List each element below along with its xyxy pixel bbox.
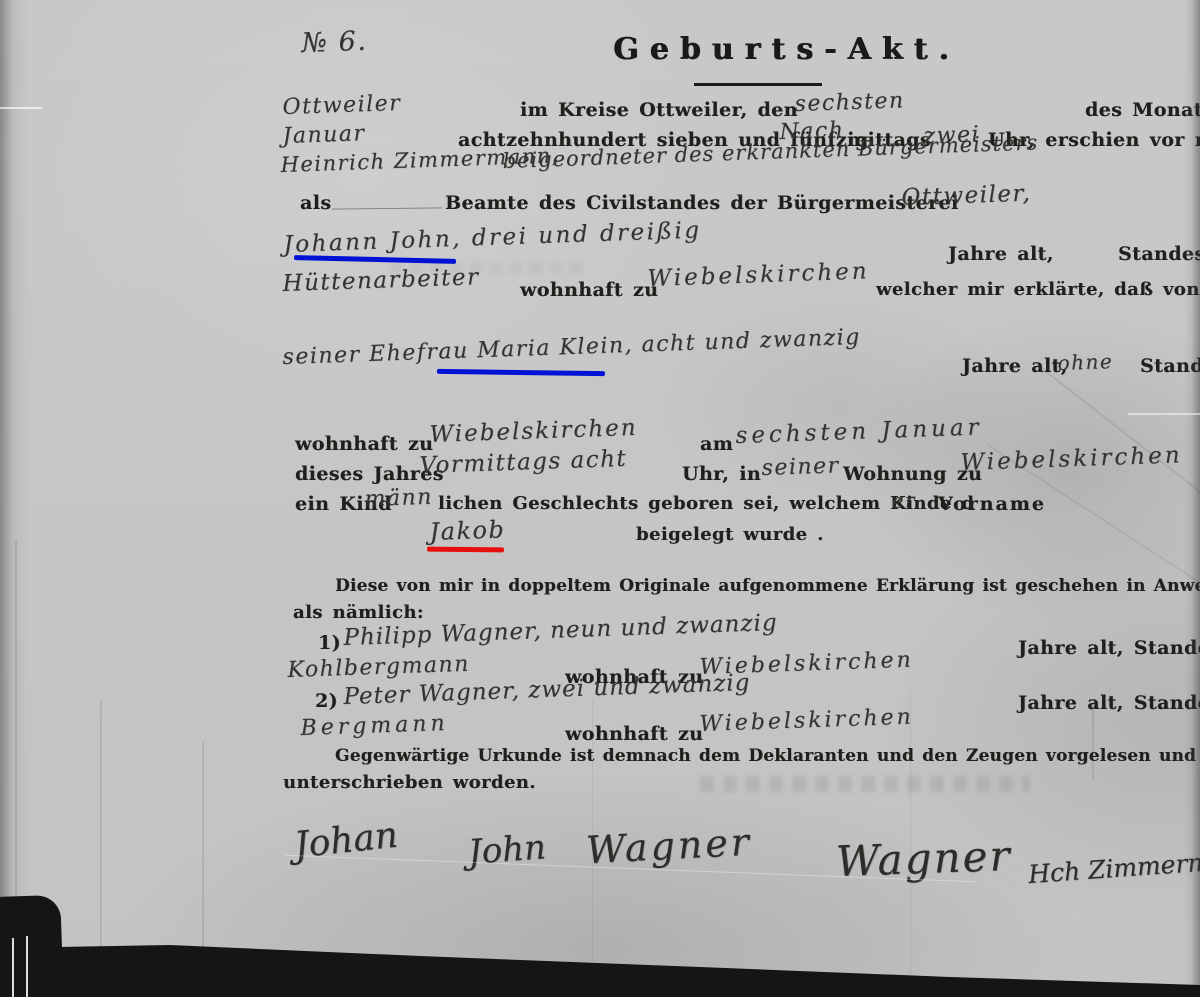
printed-des-monats: des Monats [1085, 99, 1200, 121]
printed-jahre-alt-2: Jahre alt, [962, 355, 1068, 377]
paper-crease-v5 [910, 690, 911, 975]
hand-declarant-residence: Wiebelskirchen [647, 258, 870, 292]
hand-whose: seiner [761, 453, 840, 481]
hand-article-er: er [891, 488, 916, 513]
hand-mother-name-age: seiner Ehefrau Maria Klein, acht und zwa… [282, 325, 861, 370]
printed-jahre-alt-1: Jahre alt, [948, 243, 1054, 265]
signature-zimmermann: Hch Zimmermann [1027, 844, 1200, 889]
hand-municipality: Ottweiler, [901, 180, 1032, 211]
paper-crease-diag-1 [1036, 363, 1200, 518]
paper-crease-v4 [592, 700, 593, 965]
paper-crease-v1 [15, 540, 17, 950]
printed-wohnhaft-1: wohnhaft zu [520, 279, 658, 301]
record-number: № 6. [301, 26, 368, 59]
printed-beamte: Beamte des Civilstandes der Bürgermeiste… [445, 192, 959, 214]
printed-am: am [700, 433, 733, 455]
hand-witness2-occupation: Bergmann [300, 711, 449, 741]
signature-john: John [467, 827, 548, 872]
hand-declarant-name-age: Johann John, drei und dreißig [283, 217, 702, 258]
hand-birth-residence: Wiebelskirchen [429, 415, 638, 448]
document-title: Geburts-Akt. [613, 32, 960, 67]
als-filler-line [332, 207, 442, 209]
printed-vorname: Vorname [938, 493, 1046, 515]
printed-wohnhaft-w2: wohnhaft zu [565, 723, 703, 745]
scan-right-edge-shadow [1184, 0, 1200, 997]
paper-crease-v2 [100, 700, 102, 948]
printed-im-kreise: im Kreise Ottweiler, den [520, 99, 798, 121]
ink-bleed-through-1 [700, 776, 1030, 792]
ink-bleed-through-2 [390, 262, 590, 274]
margin-month-hand: Januar [282, 121, 366, 149]
margin-place-hand: Ottweiler [282, 91, 401, 120]
scratch-top-left [0, 107, 42, 109]
blue-underline-mother-name [437, 369, 605, 376]
paper-crease-v6 [1092, 700, 1094, 780]
hand-child-name: Jakob [429, 515, 506, 546]
witness2-number: 2) [315, 690, 338, 712]
red-underline-child-name [427, 547, 504, 553]
hand-day: sechsten [794, 88, 905, 117]
paper-crease-light-1 [1128, 413, 1200, 415]
signature-wagner-1: Wagner [585, 820, 753, 873]
hand-witness2-residence: Wiebelskirchen [699, 705, 914, 737]
scan-thread-2 [26, 936, 28, 997]
scanned-birth-record: № 6. Geburts-Akt. Ottweiler im Kreise Ot… [0, 0, 1200, 997]
hand-birth-time: Vormittags acht [419, 446, 627, 479]
printed-jahre-standes-w2: Jahre alt, Standes [1018, 692, 1200, 714]
printed-closing-2: unterschrieben worden. [283, 772, 536, 793]
hand-witness1-occupation: Kohlbergmann [287, 652, 470, 683]
scan-thread-1 [12, 938, 14, 997]
hand-gender: männ [364, 485, 433, 512]
printed-als-naemlich: als nämlich: [293, 602, 424, 623]
printed-closing-1: Gegenwärtige Urkunde ist demnach dem Dek… [335, 746, 1200, 766]
witness1-number: 1) [318, 632, 341, 654]
printed-erklaerte: welcher mir erklärte, daß von [876, 279, 1200, 300]
printed-witness-intro: Diese von mir in doppeltem Originale auf… [335, 576, 1200, 596]
printed-als: als [300, 192, 331, 214]
printed-uhr-in: Uhr, in [682, 463, 761, 485]
scan-background-bottom [0, 940, 1200, 997]
hand-ohne: ohne [1057, 349, 1113, 375]
printed-jahre-standes-w1: Jahre alt, Standes [1018, 637, 1200, 659]
hand-birth-date: sechsten Januar [735, 414, 983, 449]
printed-beigelegt: beigelegt wurde . [636, 524, 824, 545]
printed-wohnhaft-2: wohnhaft zu [295, 433, 433, 455]
title-underline-rule [694, 83, 822, 86]
scan-left-edge-shadow [0, 0, 28, 997]
paper-crease-v3 [202, 742, 204, 954]
